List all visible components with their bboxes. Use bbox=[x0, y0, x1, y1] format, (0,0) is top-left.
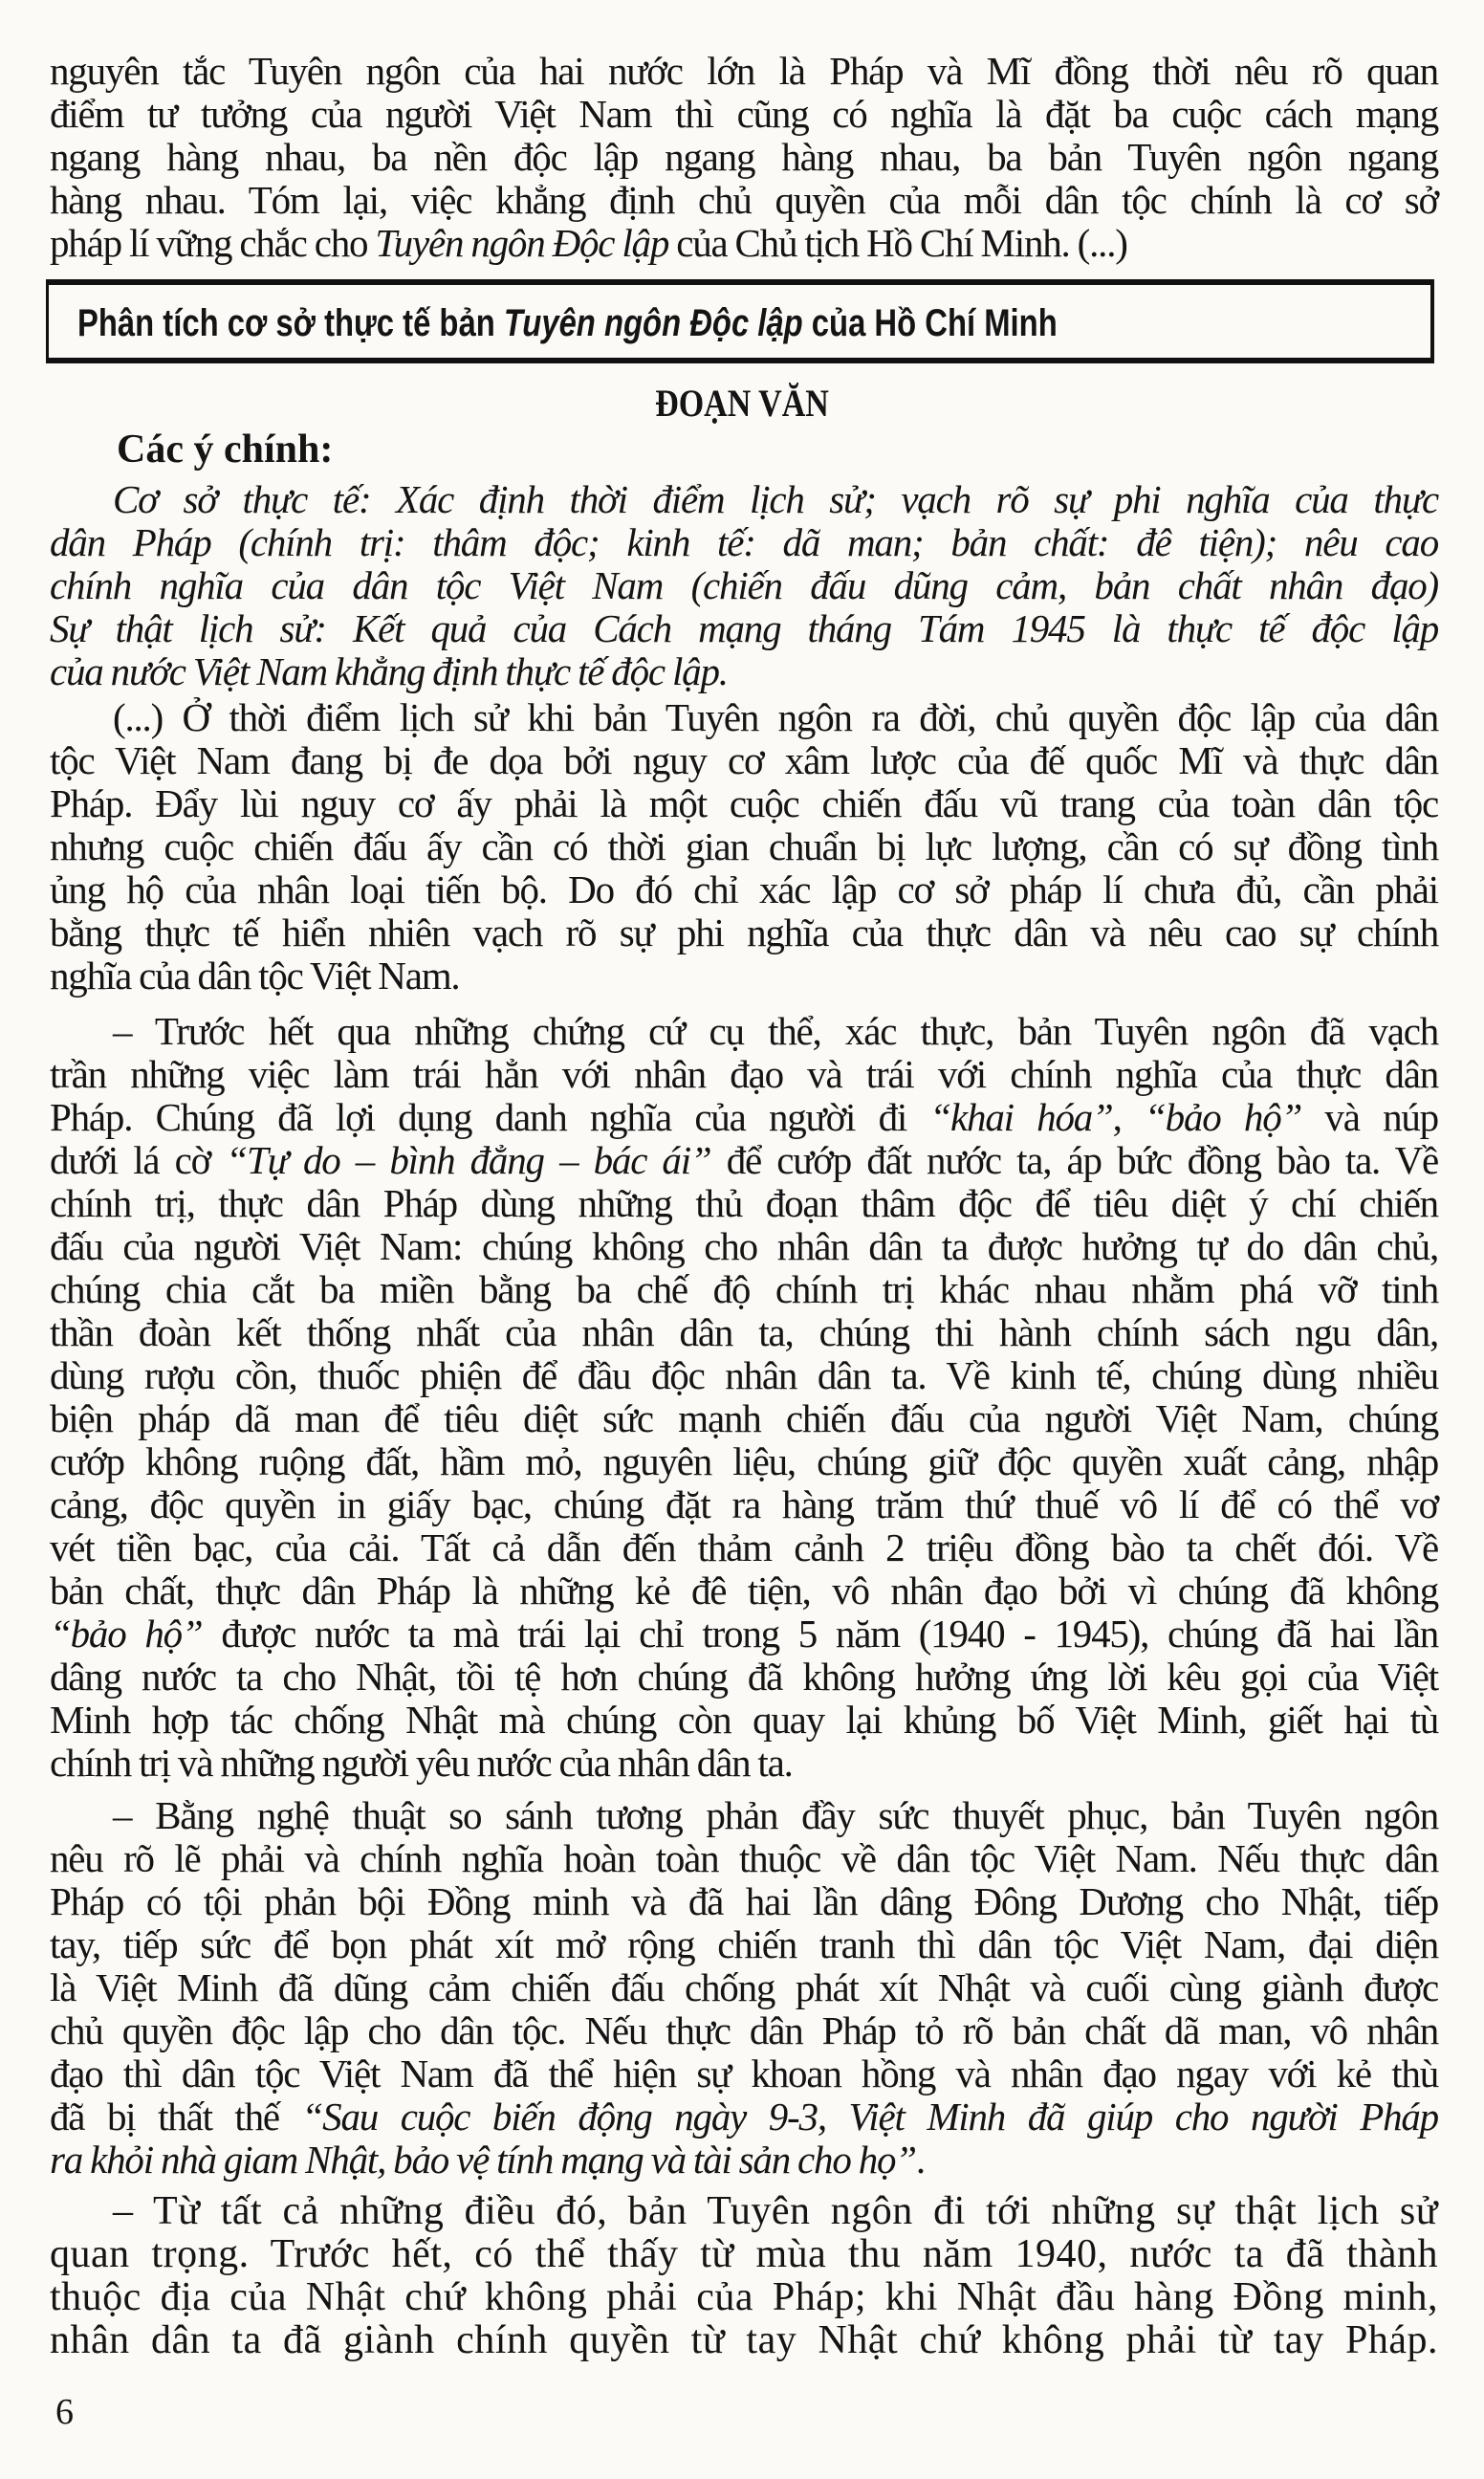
p3-line-6: chủ quyền độc lập cho dân tộc. Nếu thực … bbox=[50, 2009, 1438, 2052]
p1-line-1: (...) Ở thời điểm lịch sử khi bản Tuyên … bbox=[113, 696, 1438, 739]
p4-line-4: nhân dân ta đã giành chính quyền từ tay … bbox=[50, 2319, 1438, 2362]
p3-line-9: ra khỏi nhà giam Nhật, bảo vệ tính mạng … bbox=[50, 2139, 1438, 2182]
p3-line-8: đã bị thất thế “Sau cuộc biến động ngày … bbox=[50, 2095, 1438, 2139]
p2-line-7: chúng chia cắt ba miền bằng ba chế độ ch… bbox=[50, 1268, 1438, 1311]
p2-line-11: cướp không ruộng đất, hầm mỏ, nguyên liệ… bbox=[50, 1440, 1438, 1483]
p1-line-5: ủng hộ của nhân loại tiến bộ. Do đó chỉ … bbox=[50, 868, 1438, 911]
p2-line-16: dâng nước ta cho Nhật, tồi tệ hơn chúng … bbox=[50, 1656, 1438, 1699]
intro-line-5: pháp lí vững chắc cho Tuyên ngôn Độc lập… bbox=[50, 222, 1438, 265]
p3-line-4: tay, tiếp sức để bọn phát xít mở rộng ch… bbox=[50, 1923, 1438, 1966]
intro-line-1: nguyên tắc Tuyên ngôn của hai nước lớn l… bbox=[50, 50, 1438, 93]
p3-line-7: đạo thì dân tộc Việt Nam đã thể hiện sự … bbox=[50, 2052, 1438, 2095]
p3-line-1: – Bằng nghệ thuật so sánh tương phản đầy… bbox=[113, 1794, 1438, 1837]
p3-line-5: là Việt Minh đã dũng cảm chiến đấu chống… bbox=[50, 1966, 1438, 2009]
p1-line-4: nhưng cuộc chiến đấu ấy cần có thời gian… bbox=[50, 825, 1438, 868]
p2-line-6: đấu của người Việt Nam: chúng không cho … bbox=[50, 1225, 1438, 1268]
p4-line-3: thuộc địa của Nhật chứ không phải của Ph… bbox=[50, 2276, 1438, 2319]
main-idea-line-2: dân Pháp (chính trị: thâm độc; kinh tế: … bbox=[50, 521, 1438, 564]
intro-line-4: hàng nhau. Tóm lại, việc khẳng định chủ … bbox=[50, 179, 1438, 222]
p1-line-2: tộc Việt Nam đang bị đe dọa bởi nguy cơ … bbox=[50, 739, 1438, 782]
section-heading: Phân tích cơ sở thực tế bản Tuyên ngôn Đ… bbox=[77, 300, 1058, 346]
p2-line-12: cảng, độc quyền in giấy bạc, chúng đặt r… bbox=[50, 1483, 1438, 1526]
p2-line-8: thần đoàn kết thống nhất của nhân dân ta… bbox=[50, 1311, 1438, 1354]
p1-line-7: nghĩa của dân tộc Việt Nam. bbox=[50, 954, 1438, 998]
document-page: nguyên tắc Tuyên ngôn của hai nước lớn l… bbox=[0, 0, 1484, 2479]
p2-line-1: – Trước hết qua những chứng cứ cụ thể, x… bbox=[113, 1010, 1438, 1053]
section-heading-box: Phân tích cơ sở thực tế bản Tuyên ngôn Đ… bbox=[46, 279, 1434, 363]
main-idea-line-3: chính nghĩa của dân tộc Việt Nam (chiến … bbox=[50, 564, 1438, 607]
p2-line-10: biện pháp dã man để tiêu diệt sức mạnh c… bbox=[50, 1397, 1438, 1440]
p2-line-5: chính trị, thực dân Pháp dùng những thủ … bbox=[50, 1182, 1438, 1225]
p1-line-6: bằng thực tế hiển nhiên vạch rõ sự phi n… bbox=[50, 911, 1438, 954]
p2-line-3: Pháp. Chúng đã lợi dụng danh nghĩa của n… bbox=[50, 1096, 1438, 1139]
p3-line-3: Pháp có tội phản bội Đồng minh và đã hai… bbox=[50, 1880, 1438, 1923]
p1-line-3: Pháp. Đẩy lùi nguy cơ ấy phải là một cuộ… bbox=[50, 782, 1438, 825]
p2-line-17: Minh hợp tác chống Nhật mà chúng còn qua… bbox=[50, 1699, 1438, 1742]
p2-line-4: dưới lá cờ “Tự do – bình đẳng – bác ái” … bbox=[50, 1139, 1438, 1182]
p4-line-1: – Từ tất cả những điều đó, bản Tuyên ngô… bbox=[113, 2190, 1438, 2233]
section-title: ĐOẠN VĂN bbox=[111, 381, 1372, 427]
main-idea-line-5: của nước Việt Nam khẳng định thực tế độc… bbox=[50, 650, 1438, 693]
p2-line-14: bản chất, thực dân Pháp là những kẻ đê t… bbox=[50, 1569, 1438, 1612]
main-ideas-label: Các ý chính: bbox=[117, 427, 333, 472]
declaration-title-italic: Tuyên ngôn Độc lập bbox=[375, 221, 668, 265]
p2-line-18: chính trị và những người yêu nước của nh… bbox=[50, 1742, 1438, 1785]
intro-line-2: điểm tư tưởng của người Việt Nam thì cũn… bbox=[50, 93, 1438, 136]
page-number: 6 bbox=[55, 2391, 74, 2433]
p3-line-2: nêu rõ lẽ phải và chính nghĩa hoàn toàn … bbox=[50, 1837, 1438, 1880]
p2-line-2: trần những việc làm trái hẳn với nhân đạ… bbox=[50, 1053, 1438, 1096]
p2-line-9: dùng rượu cồn, thuốc phiện để đầu độc nh… bbox=[50, 1354, 1438, 1397]
p2-line-13: vét tiền bạc, của cải. Tất cả dẫn đến th… bbox=[50, 1526, 1438, 1569]
intro-line-3: ngang hàng nhau, ba nền độc lập ngang hà… bbox=[50, 136, 1438, 179]
p2-line-15: “bảo hộ” được nước ta mà trái lại chỉ tr… bbox=[50, 1612, 1438, 1656]
main-idea-line-4: Sự thật lịch sử: Kết quả của Cách mạng t… bbox=[50, 607, 1438, 650]
main-idea-line-1: Cơ sở thực tế: Xác định thời điểm lịch s… bbox=[113, 478, 1438, 521]
p4-line-2: quan trọng. Trước hết, có thể thấy từ mù… bbox=[50, 2233, 1438, 2276]
